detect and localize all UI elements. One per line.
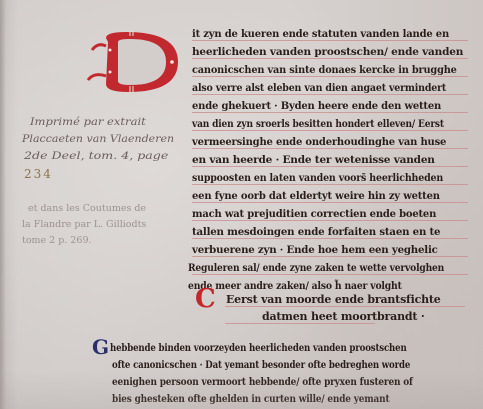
page-shadow <box>0 369 483 409</box>
blue-initial-g: G <box>92 337 109 357</box>
text-line: vermeersinghe ende onderhoudinghe van hu… <box>192 136 446 148</box>
ruling-line <box>225 323 375 324</box>
section-heading-line: Eerst van moorde ende brantsfichte <box>226 293 441 306</box>
ruling-line <box>192 112 468 113</box>
ruling-line <box>192 202 468 203</box>
text-line: ende ghekuert · Byden heere ende den wet… <box>192 100 441 112</box>
margin-note-ink-line: Placcaeten van Vlaenderen <box>22 133 174 145</box>
text-line: ende meer andre zaken/ also h̃ naer volg… <box>188 280 402 292</box>
text-line: canonicschen van sinte donaes kercke in … <box>192 64 457 76</box>
rubric-initial-c: C <box>195 286 216 312</box>
margin-note-pencil-line: la Flandre par L. Gilliodts <box>22 219 146 230</box>
text-line: suppoosten en laten vanden voors̃ heerli… <box>192 172 443 184</box>
text-line: tallen mesdoingen ende forfaiten staen e… <box>192 226 440 238</box>
ruling-line <box>192 40 468 41</box>
ruling-line <box>192 58 468 59</box>
margin-note-ink-line: Imprimé par extrait <box>30 116 146 128</box>
ruling-line <box>192 220 468 221</box>
ruling-line <box>192 166 468 167</box>
ruling-line <box>192 256 468 257</box>
text-line: een fyne oorb dat eldertyt weire hin zy … <box>192 190 440 202</box>
section-heading-line: datmen heet moortbrandt · <box>262 310 425 323</box>
ruling-line <box>192 94 468 95</box>
text-line: verbuerene zyn · Ende hoe hem een yeghel… <box>192 244 438 256</box>
ruling-line <box>192 238 468 239</box>
text-line: it zyn de kueren ende statuten vanden la… <box>192 28 449 40</box>
ruling-line <box>192 76 468 77</box>
text-line: van dien zyn sroerls besitten hondert el… <box>192 118 444 130</box>
ruling-line <box>192 130 468 131</box>
text-line: Reguleren sal/ ende zyne zaken te wette … <box>188 262 444 274</box>
text-line: hebbende binden voorzeyden heerlicheden … <box>110 342 407 354</box>
ruling-line <box>192 274 468 275</box>
text-line: heerlicheden vanden proostschen/ ende va… <box>192 46 463 58</box>
margin-note-pencil-line: et dans les Coutumes de <box>28 203 146 214</box>
decorated-initial-d-icon <box>86 28 182 94</box>
manuscript-page: it zyn de kueren ende statuten vanden la… <box>0 0 483 409</box>
margin-note-ink-line: 2de Deel, tom. 4, page <box>24 150 168 162</box>
ruling-line <box>225 306 465 307</box>
margin-note-page-number: 234 <box>24 167 53 181</box>
ruling-line <box>192 148 468 149</box>
margin-note-pencil-line: tome 2 p. 269. <box>22 235 92 246</box>
text-line: en van heerde · Ende ter wetenisse vande… <box>192 154 435 166</box>
text-line: mach wat prejuditien correctien ende boe… <box>192 208 436 220</box>
binding-edge <box>0 0 6 409</box>
ruling-line <box>192 184 468 185</box>
text-line: also verre alst eleben van dien angaet v… <box>192 82 446 94</box>
